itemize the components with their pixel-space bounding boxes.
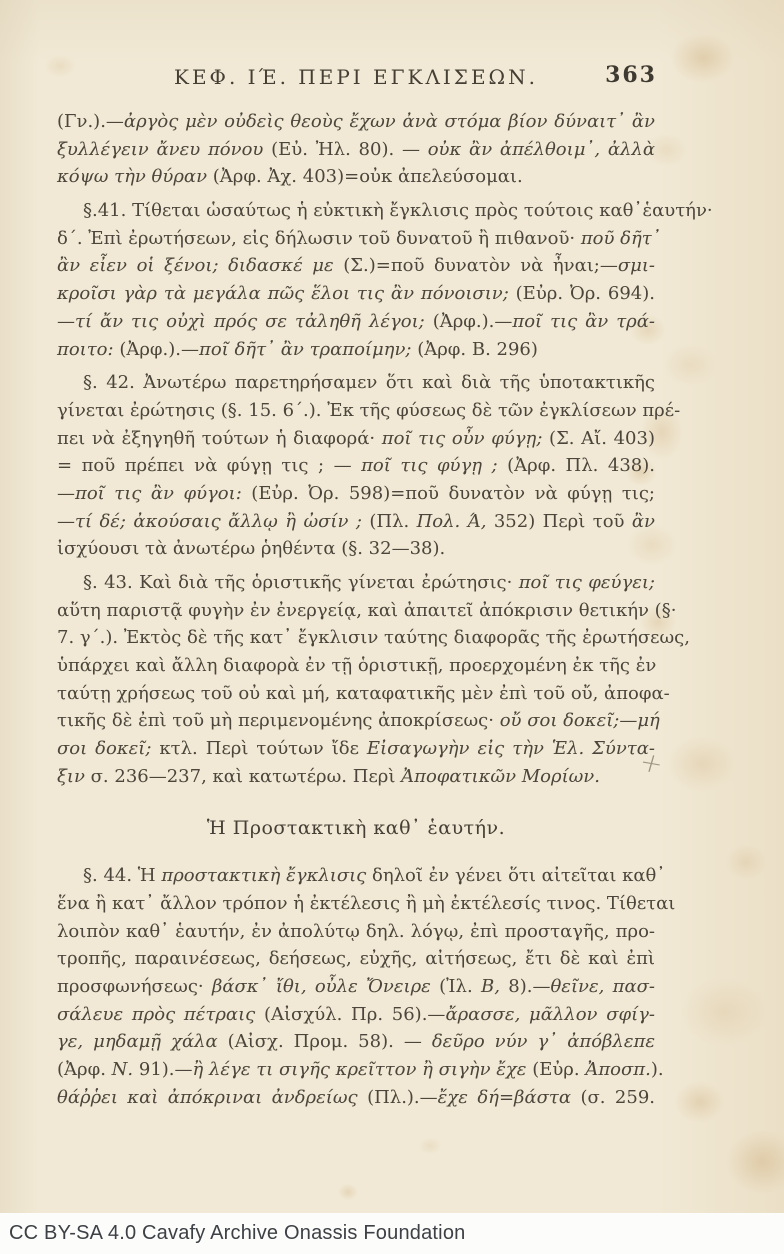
text-run: (Ἀρφ. Β. 296): [411, 339, 537, 360]
text-run: ποιτο:: [57, 339, 114, 360]
text-run: λοιπὸν καθ᾽ ἑαυτήν, ἐν ἀπολύτῳ δηλ. λόγῳ…: [57, 921, 655, 942]
text-run: ποῖ τις ἂν φύγοι:: [75, 483, 242, 504]
text-line: ἕνα ἢ κατ᾽ ἄλλον τρόπον ἡ ἐκτέλεσις ἢ μὴ…: [57, 890, 655, 918]
text-run: ποῖ δῆτ᾽ ἂν τραποίμην;: [199, 339, 411, 360]
text-run: ἂν: [632, 511, 655, 532]
text-run: (σ. 259.: [571, 1087, 655, 1108]
text-run: —: [57, 311, 75, 332]
text-run: θάῤῥει καὶ ἀπόκριναι ἀνδρείως: [57, 1087, 358, 1108]
text-run: (Σ.)=ποῦ δυνατὸν νὰ ἦναι;—: [334, 255, 618, 276]
license-footer: CC BY-SA 4.0 Cavafy Archive Onassis Foun…: [0, 1213, 784, 1254]
text-run: (Αἰσχ. Προμ. 58). —: [218, 1031, 432, 1052]
text-line: δ΄. Ἐπὶ ἐρωτήσεων, εἰς δήλωσιν τοῦ δυνατ…: [57, 225, 655, 253]
text-line: θάῤῥει καὶ ἀπόκριναι ἀνδρείως (Πλ.).—ἔχε…: [57, 1084, 655, 1112]
text-run: σοι δοκεῖ;: [57, 738, 151, 759]
text-run: §. 44. Ἡ: [83, 865, 161, 886]
text-run: προστακτικὴ ἔγκλισις: [161, 865, 366, 886]
text-line: §. 44. Ἡ προστακτικὴ ἔγκλισις δηλοῖ ἐν γ…: [57, 862, 655, 890]
text-run: Ἀποσπ.: [585, 1059, 651, 1080]
text-run: (Αἰσχύλ. Πρ. 56).—: [255, 1004, 445, 1025]
text-run: ξυλλέγειν ἄνευ πόνου: [57, 139, 263, 160]
text-run: πει νὰ ἐξηγηθῆ τούτων ἡ διαφορά·: [57, 428, 382, 449]
paragraph: §. 44. Ἡ προστακτικὴ ἔγκλισις δηλοῖ ἐν γ…: [57, 862, 655, 1111]
text-run: (Ἰλ.: [431, 976, 481, 997]
text-run: σμι-: [618, 255, 655, 276]
text-run: —: [57, 511, 75, 532]
text-run: ).: [651, 1059, 664, 1080]
text-run: τικῆς δὲ ἐπὶ τοῦ μὴ περιμενομένης ἀποκρί…: [57, 710, 500, 731]
text-line: ποιτο: (Ἀρφ.).—ποῖ δῆτ᾽ ἂν τραποίμην; (Ἀ…: [57, 336, 655, 364]
text-run: ποῖ τις φεύγει;: [519, 572, 655, 593]
text-run: —: [57, 483, 75, 504]
text-run: οὐκ ἂν ἀπέλθοιμ᾽, ἀλλὰ: [428, 139, 655, 160]
text-run: ἰσχύουσι τὰ ἀνωτέρω ῥηθέντα (§. 32—38).: [57, 538, 445, 559]
text-line: §. 43. Καὶ διὰ τῆς ὁριστικῆς γίνεται ἐρώ…: [57, 569, 655, 597]
text-line: (Ἀρφ. Ν. 91).—ἢ λέγε τι σιγῆς κρεῖττον ἢ…: [57, 1056, 655, 1084]
page-header: ΚΕΦ. ΙΈ. ΠΕΡΙ ΕΓΚΛΙΣΕΩΝ. 363: [57, 64, 655, 90]
body-text: (Γν.).—ἀργὸς μὲν οὐδεὶς θεοὺς ἔχων ἀνὰ σ…: [57, 108, 655, 1111]
text-line: πει νὰ ἐξηγηθῆ τούτων ἡ διαφορά· ποῖ τις…: [57, 425, 655, 453]
text-run: δηλοῖ ἐν γένει ὅτι αἰτεῖται καθ᾽: [366, 865, 665, 886]
text-run: τροπῆς, παραινέσεως, δεήσεως, εὐχῆς, αἰτ…: [57, 948, 655, 969]
text-run: κόψω τὴν θύραν: [57, 166, 207, 187]
text-run: (Εὐρ. Ὀρ. 598)=ποῦ δυνατὸν νὰ φύγῃ τις;: [242, 483, 655, 504]
text-run: (Ἀρφ.).—: [114, 339, 199, 360]
text-line: ἂν εἶεν οἱ ξένοι; διδασκέ με (Σ.)=ποῦ δυ…: [57, 252, 655, 280]
text-run: δ΄. Ἐπὶ ἐρωτήσεων, εἰς δήλωσιν τοῦ δυνατ…: [57, 228, 581, 249]
paragraph: §. 42. Ἀνωτέρω παρετηρήσαμεν ὅτι καὶ διὰ…: [57, 369, 655, 563]
text-line: (Γν.).—ἀργὸς μὲν οὐδεὶς θεοὺς ἔχων ἀνὰ σ…: [57, 108, 655, 136]
paragraph: (Γν.).—ἀργὸς μὲν οὐδεὶς θεοὺς ἔχων ἀνὰ σ…: [57, 108, 655, 191]
text-line: —τί ἄν τις οὐχὶ πρός σε τἀληθῆ λέγοι; (Ἀ…: [57, 308, 655, 336]
text-run: 91).—: [133, 1059, 192, 1080]
text-run: οὔ σοι δοκεῖ;—μή: [500, 710, 660, 731]
section-heading: Ἡ Προστακτικὴ καθ᾽ ἑαυτήν.: [57, 815, 655, 843]
text-line: γε, μηδαμῇ χάλα (Αἰσχ. Προμ. 58). — δεῦρ…: [57, 1028, 655, 1056]
text-run: 352) Περὶ τοῦ: [486, 511, 631, 532]
text-run: (Ἀρφ. Ἀχ. 403)=οὐκ ἀπελεύσομαι.: [207, 166, 523, 187]
text-run: (Πλ.).—: [358, 1087, 438, 1108]
text-run: δεῦρο νύν γ᾽ ἀπόβλεπε: [432, 1031, 655, 1052]
text-run: (Εὐ. Ἠλ. 80). —: [263, 139, 427, 160]
text-line: —ποῖ τις ἂν φύγοι: (Εὐρ. Ὀρ. 598)=ποῦ δυ…: [57, 480, 655, 508]
text-run: Εἰσαγωγὴν εἰς τὴν Ἑλ. Σύντα-: [367, 738, 655, 759]
text-line: αὕτη παριστᾷ φυγὴν ἐν ἐνεργείᾳ, καὶ ἀπαι…: [57, 597, 655, 625]
page-number: 363: [605, 62, 657, 88]
text-run: Πολ. Ά,: [417, 511, 487, 532]
text-run: ποῖ τις φύγῃ ;: [361, 455, 498, 476]
text-run: (Σ. Αἴ. 403): [542, 428, 655, 449]
text-run: Ἀποφατικῶν Μορίων.: [401, 766, 600, 787]
text-run: σάλευε πρὸς πέτραις: [57, 1004, 255, 1025]
text-run: ἢ λέγε τι σιγῆς κρεῖττον ἢ σιγὴν ἔχε: [193, 1059, 527, 1080]
text-run: γίνεται ἐρώτησις (§. 15. 6΄.). Ἐκ τῆς φύ…: [57, 400, 680, 421]
text-run: Ν.: [112, 1059, 133, 1080]
text-line: προσφωνήσεως· βάσκ᾽ ἴθι, οὖλε Ὄνειρε (Ἰλ…: [57, 973, 655, 1001]
text-run: ἄρασσε, μᾶλλον σφίγ-: [445, 1004, 655, 1025]
text-run: ἔχε δή=βάστα: [438, 1087, 571, 1108]
text-run: σ. 236—237, καὶ κατωτέρω. Περὶ: [85, 766, 401, 787]
text-run: ὑπάρχει καὶ ἄλλη διαφορὰ ἐν τῇ ὁριστικῇ,…: [57, 655, 656, 676]
text-run: (Ἀρφ. Πλ. 438).: [498, 455, 655, 476]
text-run: κροῖσι γὰρ τὰ μεγάλα πῶς ἕλοι τις ἂν πόν…: [57, 283, 509, 304]
text-run: 7. γ΄.). Ἐκτὸς δὲ τῆς κατ᾽ ἔγκλισιν ταύτ…: [57, 627, 690, 648]
text-line: —τί δέ; ἀκούσαις ἄλλῳ ἢ ὠσίν ; (Πλ. Πολ.…: [57, 508, 655, 536]
text-run: 8).—: [500, 976, 551, 997]
text-run: ποῖ τις ἂν τρά-: [512, 311, 655, 332]
text-line: λοιπὸν καθ᾽ ἑαυτήν, ἐν ἀπολύτῳ δηλ. λόγῳ…: [57, 918, 655, 946]
text-run: τί δέ; ἀκούσαις ἄλλῳ ἢ ὠσίν ;: [75, 511, 362, 532]
text-run: (Ἀρφ.).—: [425, 311, 513, 332]
text-line: σάλευε πρὸς πέτραις (Αἰσχύλ. Πρ. 56).—ἄρ…: [57, 1001, 655, 1029]
text-run: ἀργὸς μὲν οὐδεὶς θεοὺς ἔχων ἀνὰ στόμα βί…: [124, 111, 655, 132]
text-line: κροῖσι γὰρ τὰ μεγάλα πῶς ἕλοι τις ἂν πόν…: [57, 280, 655, 308]
text-line: ξιν σ. 236—237, καὶ κατωτέρω. Περὶ Ἀποφα…: [57, 763, 655, 791]
text-line: κόψω τὴν θύραν (Ἀρφ. Ἀχ. 403)=οὐκ ἀπελεύ…: [57, 163, 655, 191]
text-run: προσφωνήσεως·: [57, 976, 212, 997]
text-run: βάσκ᾽ ἴθι, οὖλε Ὄνειρε: [212, 976, 431, 997]
paragraph: §. 43. Καὶ διὰ τῆς ὁριστικῆς γίνεται ἐρώ…: [57, 569, 655, 791]
text-line: τροπῆς, παραινέσεως, δεήσεως, εὐχῆς, αἰτ…: [57, 945, 655, 973]
text-line: §.41. Τίθεται ὡσαύτως ἡ εὐκτικὴ ἔγκλισις…: [57, 197, 655, 225]
text-line: 7. γ΄.). Ἐκτὸς δὲ τῆς κατ᾽ ἔγκλισιν ταύτ…: [57, 624, 655, 652]
text-run: ἕνα ἢ κατ᾽ ἄλλον τρόπον ἡ ἐκτέλεσις ἢ μὴ…: [57, 893, 675, 914]
text-run: κτλ. Περὶ τούτων ἴδε: [151, 738, 366, 759]
text-line: γίνεται ἐρώτησις (§. 15. 6΄.). Ἐκ τῆς φύ…: [57, 397, 655, 425]
text-run: (Ἀρφ.: [57, 1059, 112, 1080]
text-line: ὑπάρχει καὶ ἄλλη διαφορὰ ἐν τῇ ὁριστικῇ,…: [57, 652, 655, 680]
text-run: ξιν: [57, 766, 85, 787]
text-run: ἂν εἶεν οἱ ξένοι; διδασκέ με: [57, 255, 334, 276]
text-run: §. 42. Ἀνωτέρω παρετηρήσαμεν ὅτι καὶ διὰ…: [83, 372, 655, 393]
text-line: = ποῦ πρέπει νὰ φύγῃ τις ; — ποῖ τις φύγ…: [57, 452, 655, 480]
text-run: = ποῦ πρέπει νὰ φύγῃ τις ; —: [57, 455, 361, 476]
text-line: ξυλλέγειν ἄνευ πόνου (Εὐ. Ἠλ. 80). — οὐκ…: [57, 136, 655, 164]
text-run: ταύτῃ χρήσεως τοῦ οὐ καὶ μή, καταφατικῆς…: [57, 683, 670, 704]
chapter-title: ΚΕΦ. ΙΈ. ΠΕΡΙ ΕΓΚΛΙΣΕΩΝ.: [174, 64, 538, 90]
book-page-scan: ΚΕΦ. ΙΈ. ΠΕΡΙ ΕΓΚΛΙΣΕΩΝ. 363 (Γν.).—ἀργὸ…: [0, 0, 784, 1254]
text-line: τικῆς δὲ ἐπὶ τοῦ μὴ περιμενομένης ἀποκρί…: [57, 707, 655, 735]
text-run: γε, μηδαμῇ χάλα: [57, 1031, 218, 1052]
text-run: θεῖνε, πασ-: [550, 976, 655, 997]
text-line: ταύτῃ χρήσεως τοῦ οὐ καὶ μή, καταφατικῆς…: [57, 680, 655, 708]
text-run: (Γν.).—: [57, 111, 124, 132]
text-line: §. 42. Ἀνωτέρω παρετηρήσαμεν ὅτι καὶ διὰ…: [57, 369, 655, 397]
text-run: (Εὐρ.: [526, 1059, 585, 1080]
paragraph: §.41. Τίθεται ὡσαύτως ἡ εὐκτικὴ ἔγκλισις…: [57, 197, 655, 363]
text-run: (Πλ.: [362, 511, 417, 532]
text-run: ποῖ τις οὖν φύγῃ;: [382, 428, 543, 449]
text-run: τί ἄν τις οὐχὶ πρός σε τἀληθῆ λέγοι;: [75, 311, 425, 332]
page-content: ΚΕΦ. ΙΈ. ΠΕΡΙ ΕΓΚΛΙΣΕΩΝ. 363 (Γν.).—ἀργὸ…: [57, 64, 655, 1117]
text-line: σοι δοκεῖ; κτλ. Περὶ τούτων ἴδε Εἰσαγωγὴ…: [57, 735, 655, 763]
text-run: Β,: [481, 976, 500, 997]
text-run: §.41. Τίθεται ὡσαύτως ἡ εὐκτικὴ ἔγκλισις…: [83, 200, 713, 221]
license-text: CC BY-SA 4.0 Cavafy Archive Onassis Foun…: [9, 1222, 465, 1245]
text-line: ἰσχύουσι τὰ ἀνωτέρω ῥηθέντα (§. 32—38).: [57, 535, 655, 563]
text-run: §. 43. Καὶ διὰ τῆς ὁριστικῆς γίνεται ἐρώ…: [83, 572, 519, 593]
text-run: αὕτη παριστᾷ φυγὴν ἐν ἐνεργείᾳ, καὶ ἀπαι…: [57, 600, 676, 621]
text-run: (Εὐρ. Ὀρ. 694).: [509, 283, 655, 304]
text-run: ποῦ δῆτ᾽: [581, 228, 661, 249]
